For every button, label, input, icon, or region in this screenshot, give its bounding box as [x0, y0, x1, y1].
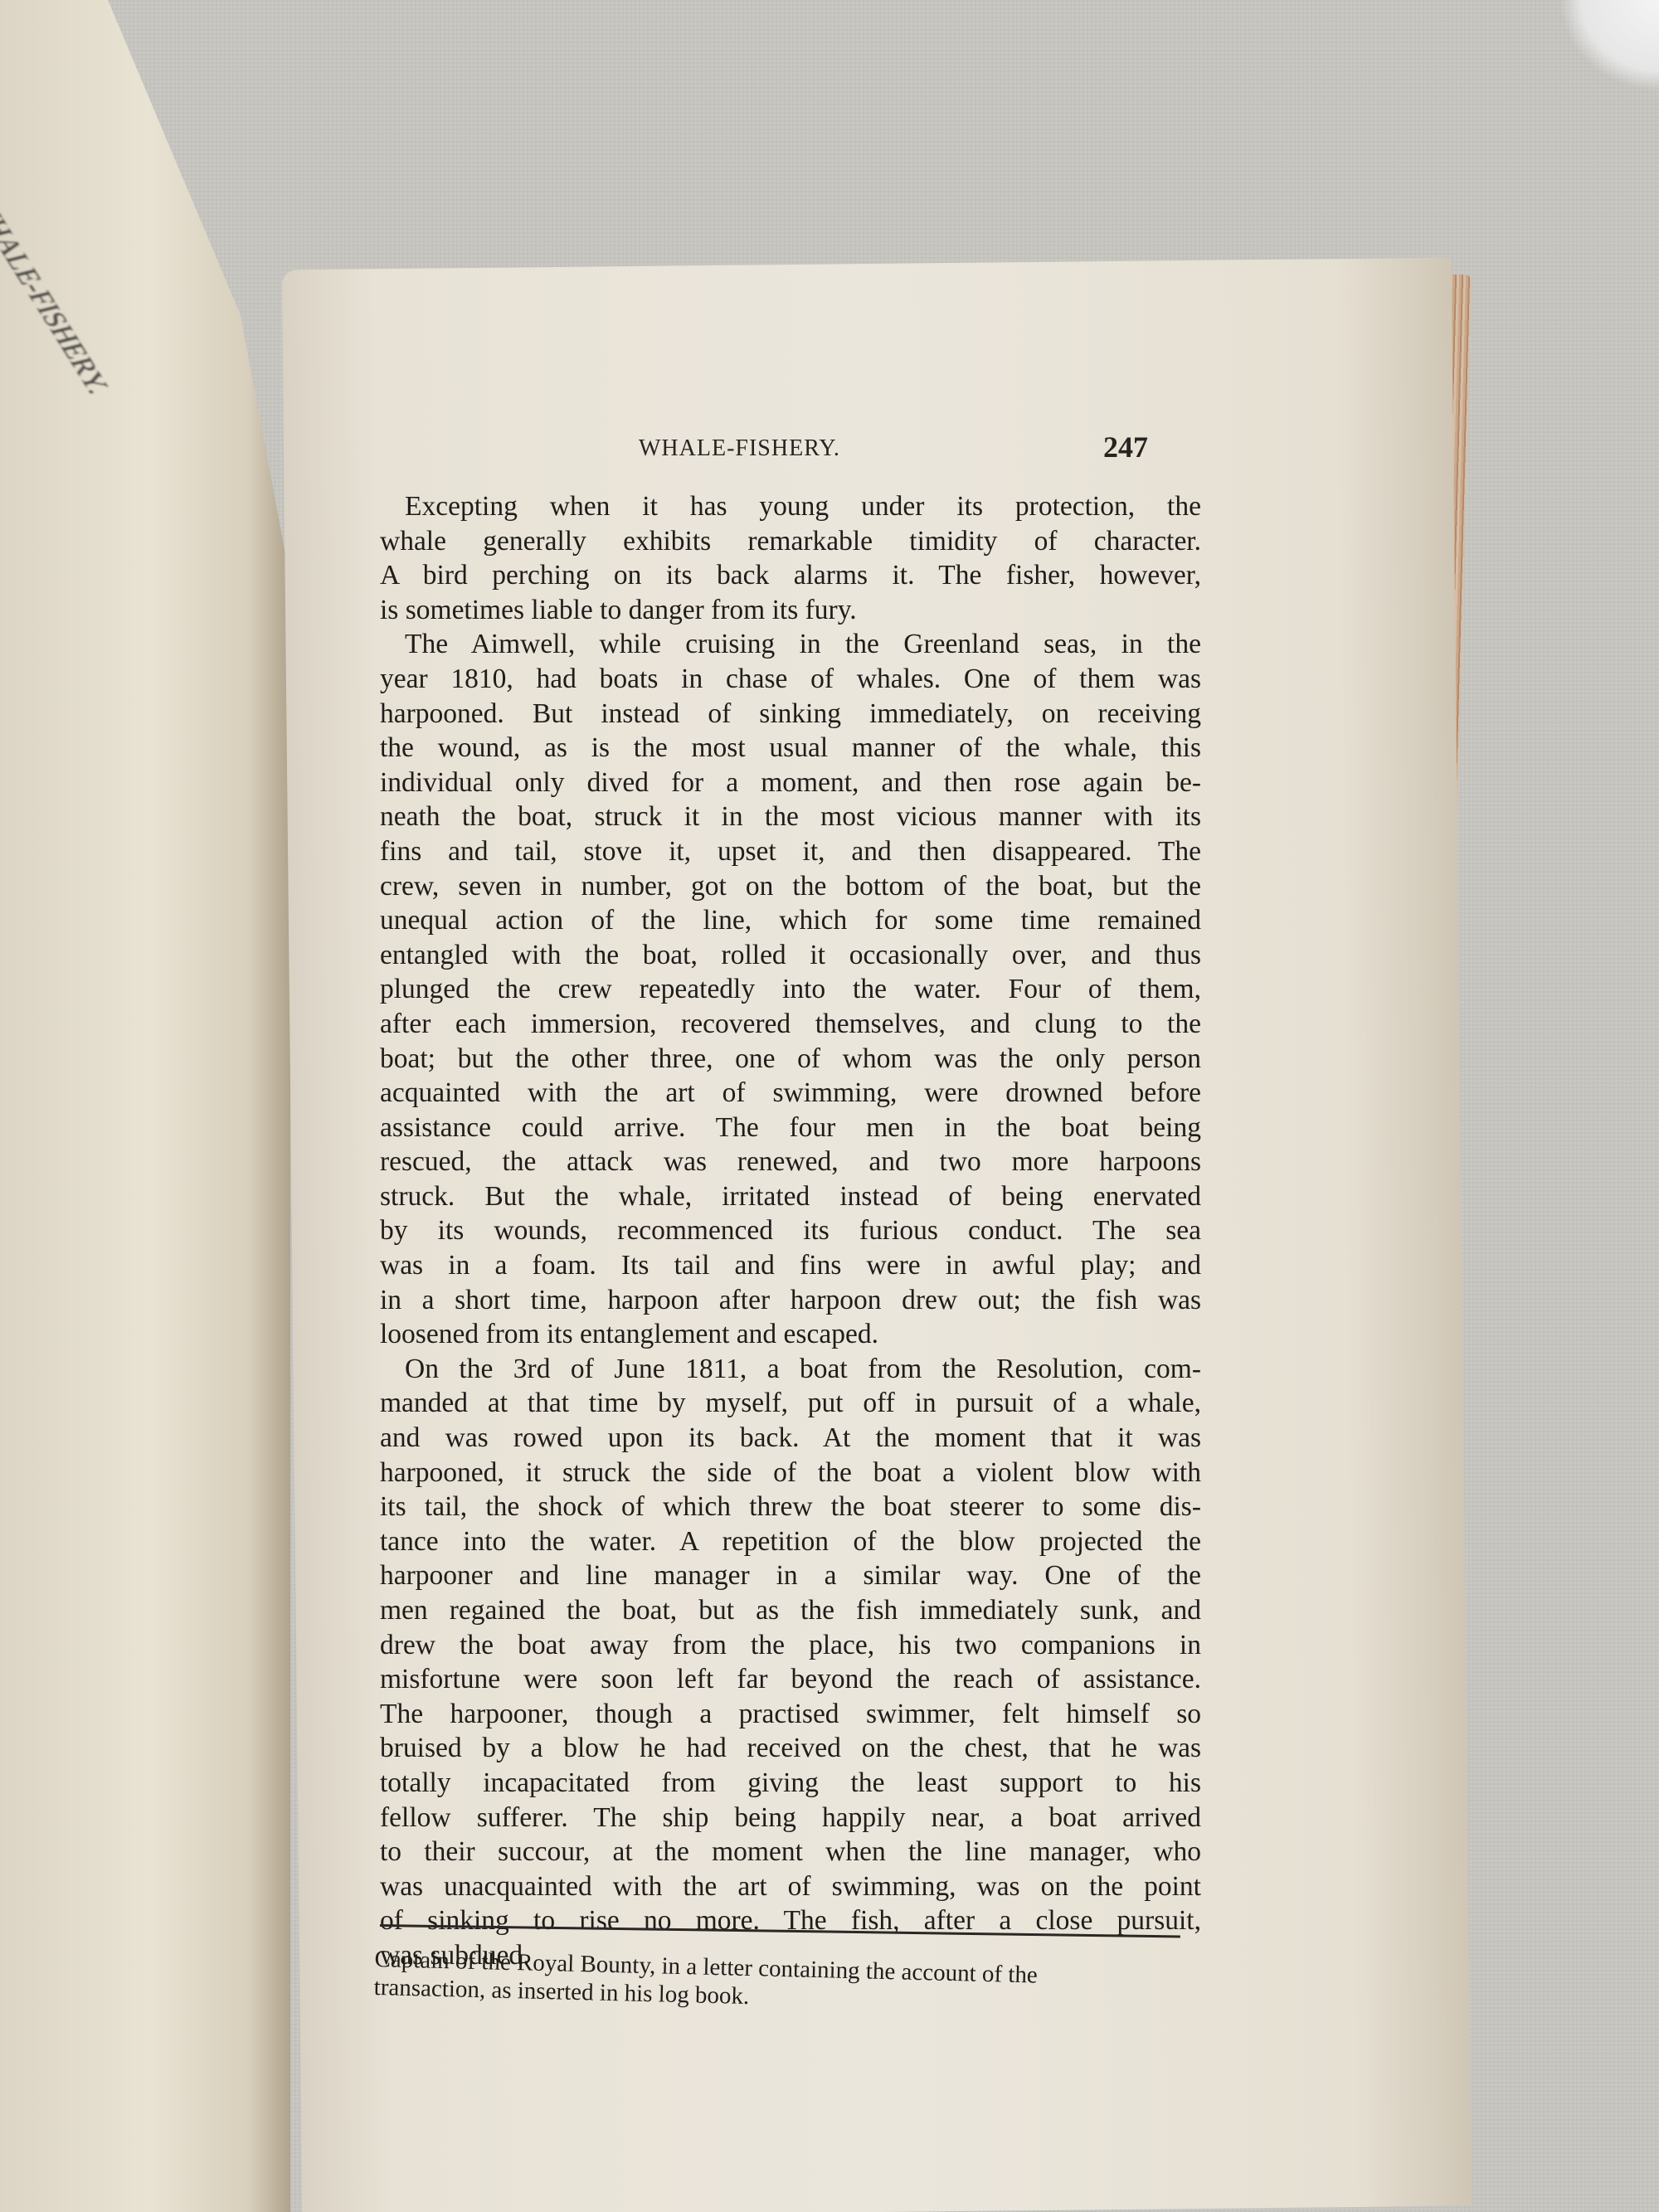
- paragraph: Excepting when it has young under its pr…: [380, 489, 1201, 627]
- text-line: is sometimes liable to danger from its f…: [380, 593, 1201, 628]
- text-line: manded at that time by myself, put off i…: [380, 1386, 1201, 1421]
- left-page-text: WHALE-FISHERY. course had hitherto chang…: [0, 66, 251, 703]
- text-line: men regained the boat, but as the fish i…: [380, 1593, 1201, 1628]
- text-line: individual only dived for a moment, and …: [380, 766, 1201, 800]
- text-line: harpooned. But instead of sinking immedi…: [380, 697, 1201, 732]
- text-line: acquainted with the art of swimming, wer…: [380, 1076, 1201, 1111]
- text-line: plunged the crew repeatedly into the wat…: [380, 972, 1201, 1007]
- text-line: rescued, the attack was renewed, and two…: [380, 1145, 1201, 1179]
- background-cloth-corner: [1559, 0, 1659, 91]
- text-line: its tail, the shock of which threw the b…: [380, 1490, 1201, 1524]
- text-line: struck. But the whale, irritated instead…: [380, 1179, 1201, 1214]
- text-line: was in a foam. Its tail and fins were in…: [380, 1248, 1201, 1283]
- text-line: unequal action of the line, which for so…: [380, 903, 1201, 938]
- paragraph: On the 3rd of June 1811, a boat from the…: [380, 1352, 1201, 1973]
- text-line: boat; but the other three, one of whom w…: [380, 1042, 1201, 1077]
- text-line: entangled with the boat, rolled it occas…: [380, 938, 1201, 973]
- text-line: bruised by a blow he had received on the…: [380, 1731, 1201, 1766]
- text-line: year 1810, had boats in chase of whales.…: [380, 662, 1201, 697]
- text-line: by its wounds, recommenced its furious c…: [380, 1213, 1201, 1248]
- body-text: Excepting when it has young under its pr…: [380, 489, 1201, 1973]
- text-line: to their succour, at the moment when the…: [380, 1835, 1201, 1869]
- text-line: of sinking to rise no more. The fish, af…: [380, 1903, 1201, 1938]
- text-line: The harpooner, though a practised swimme…: [380, 1697, 1201, 1732]
- left-page: WHALE-FISHERY. course had hitherto chang…: [0, 0, 299, 2212]
- text-line: harpooned, it struck the side of the boa…: [380, 1456, 1201, 1490]
- text-line: assistance could arrive. The four men in…: [380, 1111, 1201, 1145]
- text-line: A bird perching on its back alarms it. T…: [380, 558, 1201, 593]
- text-line: Excepting when it has young under its pr…: [380, 489, 1201, 524]
- text-line: misfortune were soon left far beyond the…: [380, 1662, 1201, 1697]
- text-line: The Aimwell, while cruising in the Green…: [380, 627, 1201, 662]
- text-line: and was rowed upon its back. At the mome…: [380, 1421, 1201, 1456]
- text-line: the wound, as is the most usual manner o…: [380, 731, 1201, 766]
- text-line: tance into the water. A repetition of th…: [380, 1524, 1201, 1559]
- text-line: drew the boat away from the place, his t…: [380, 1628, 1201, 1663]
- text-line: loosened from its entanglement and escap…: [380, 1317, 1201, 1352]
- text-line: whale generally exhibits remarkable timi…: [380, 524, 1201, 559]
- paragraph: The Aimwell, while cruising in the Green…: [380, 627, 1201, 1351]
- text-line: was unacquainted with the art of swimmin…: [380, 1869, 1201, 1904]
- text-line: On the 3rd of June 1811, a boat from the…: [380, 1352, 1201, 1387]
- page-number: 247: [1103, 430, 1148, 464]
- text-line: totally incapacitated from giving the le…: [380, 1766, 1201, 1801]
- text-line: after each immersion, recovered themselv…: [380, 1007, 1201, 1042]
- text-line: fins and tail, stove it, upset it, and t…: [380, 834, 1201, 869]
- text-line: neath the boat, struck it in the most vi…: [380, 800, 1201, 834]
- text-line: harpooner and line manager in a similar …: [380, 1558, 1201, 1593]
- running-head: WHALE-FISHERY.: [639, 435, 840, 462]
- text-line: in a short time, harpoon after harpoon d…: [380, 1283, 1201, 1318]
- text-line: fellow sufferer. The ship being happily …: [380, 1801, 1201, 1835]
- text-line: crew, seven in number, got on the bottom…: [380, 869, 1201, 904]
